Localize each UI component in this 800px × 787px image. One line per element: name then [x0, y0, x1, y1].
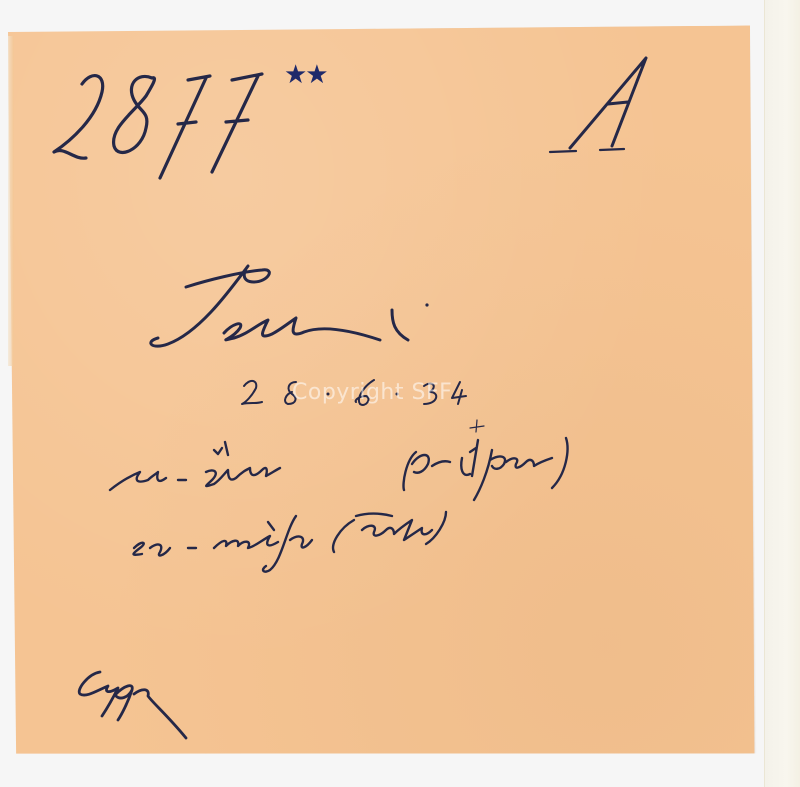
copyright-watermark: Copyright SFF	[292, 380, 452, 405]
catalog-number-strokes	[54, 74, 262, 178]
entry-2-term: sa - mèsa	[124, 505, 303, 546]
entry-2-gloss: (tavola)	[305, 505, 453, 546]
entry-1-term: su - šivow	[108, 440, 296, 481]
title-word-strokes	[151, 266, 429, 346]
grade-letter-strokes	[550, 58, 646, 152]
entry-1-gloss: (per il pane)	[299, 440, 532, 481]
